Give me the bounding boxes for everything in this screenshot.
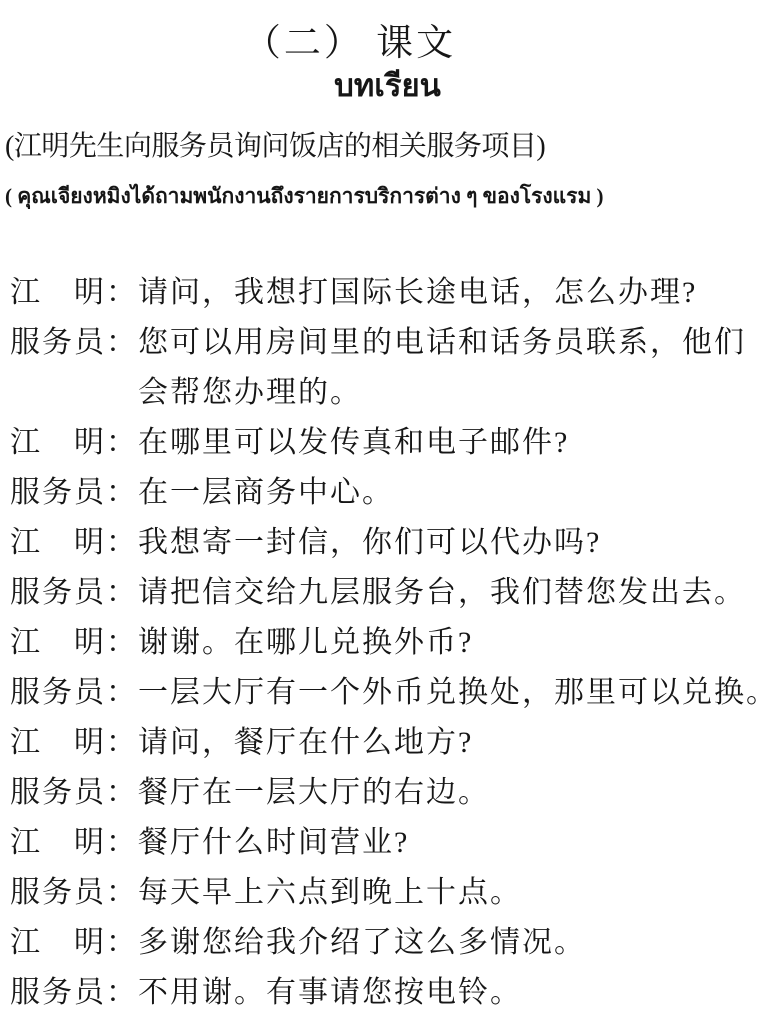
dialogue-row: 服务员： 餐厅在一层大厅的右边。 xyxy=(10,768,770,818)
dialogue-row: 服务员： 每天早上六点到晚上十点。 xyxy=(10,868,770,918)
dialogue-text: 我想寄一封信，你们可以代办吗? xyxy=(138,518,770,568)
intro-note-chinese: (江明先生向服务员询问饭店的相关服务项目) xyxy=(5,124,545,164)
dialogue-text: 请把信交给九层服务台，我们替您发出去。 xyxy=(138,568,770,618)
dialogue-text: 每天早上六点到晚上十点。 xyxy=(138,868,770,918)
dialogue-row: 服务员： 不用谢。有事请您按电铃。 xyxy=(10,968,770,1018)
dialogue-row: 服务员： 请把信交给九层服务台，我们替您发出去。 xyxy=(10,568,770,618)
dialogue-row: 江 明： 多谢您给我介绍了这么多情况。 xyxy=(10,918,770,968)
dialogue-row-continuation: 会帮您办理的。 xyxy=(10,368,770,418)
dialogue-text: 您可以用房间里的电话和话务员联系，他们 xyxy=(138,318,770,368)
speaker-label: 服务员： xyxy=(10,768,138,818)
speaker-label: 江 明： xyxy=(10,418,138,468)
dialogue-row: 江 明： 请问，我想打国际长途电话，怎么办理? xyxy=(10,268,770,318)
speaker-label: 江 明： xyxy=(10,918,138,968)
speaker-label: 江 明： xyxy=(10,718,138,768)
page-title: （二） 课文 xyxy=(0,12,700,66)
lesson-subtitle-thai: บทเรียน xyxy=(0,60,775,110)
dialogue-text: 一层大厅有一个外币兑换处，那里可以兑换。 xyxy=(138,668,775,718)
dialogue-row: 服务员： 一层大厅有一个外币兑换处，那里可以兑换。 xyxy=(10,668,770,718)
dialogue-text: 餐厅在一层大厅的右边。 xyxy=(138,768,770,818)
dialogue-text: 多谢您给我介绍了这么多情况。 xyxy=(138,918,770,968)
speaker-label: 服务员： xyxy=(10,968,138,1018)
dialogue-text: 会帮您办理的。 xyxy=(138,368,770,418)
dialogue-row: 江 明： 我想寄一封信，你们可以代办吗? xyxy=(10,518,770,568)
dialogue-row: 江 明： 在哪里可以发传真和电子邮件? xyxy=(10,418,770,468)
dialogue-row: 江 明： 餐厅什么时间营业? xyxy=(10,818,770,868)
dialogue-text: 请问，我想打国际长途电话，怎么办理? xyxy=(138,268,770,318)
dialogue-text: 餐厅什么时间营业? xyxy=(138,818,770,868)
speaker-label: 服务员： xyxy=(10,468,138,518)
dialogue-text: 请问，餐厅在什么地方? xyxy=(138,718,770,768)
speaker-label: 江 明： xyxy=(10,518,138,568)
dialogue-row: 服务员： 在一层商务中心。 xyxy=(10,468,770,518)
dialogue-text: 在一层商务中心。 xyxy=(138,468,770,518)
dialogue-text: 在哪里可以发传真和电子邮件? xyxy=(138,418,770,468)
speaker-label: 江 明： xyxy=(10,618,138,668)
speaker-label xyxy=(10,368,138,418)
intro-note-thai: ( คุณเจียงหมิงได้ถามพนักงานถึงรายการบริก… xyxy=(5,180,604,213)
speaker-label: 服务员： xyxy=(10,668,138,718)
dialogue-text: 谢谢。在哪儿兑换外币? xyxy=(138,618,770,668)
speaker-label: 服务员： xyxy=(10,868,138,918)
speaker-label: 江 明： xyxy=(10,818,138,868)
dialogue-text: 不用谢。有事请您按电铃。 xyxy=(138,968,770,1018)
dialogue: 江 明： 请问，我想打国际长途电话，怎么办理? 服务员： 您可以用房间里的电话和… xyxy=(10,268,770,1018)
speaker-label: 江 明： xyxy=(10,268,138,318)
dialogue-row: 服务员： 您可以用房间里的电话和话务员联系，他们 xyxy=(10,318,770,368)
dialogue-row: 江 明： 请问，餐厅在什么地方? xyxy=(10,718,770,768)
dialogue-row: 江 明： 谢谢。在哪儿兑换外币? xyxy=(10,618,770,668)
speaker-label: 服务员： xyxy=(10,568,138,618)
speaker-label: 服务员： xyxy=(10,318,138,368)
lesson-page: （二） 课文 บทเรียน (江明先生向服务员询问饭店的相关服务项目) ( ค… xyxy=(0,0,775,1024)
